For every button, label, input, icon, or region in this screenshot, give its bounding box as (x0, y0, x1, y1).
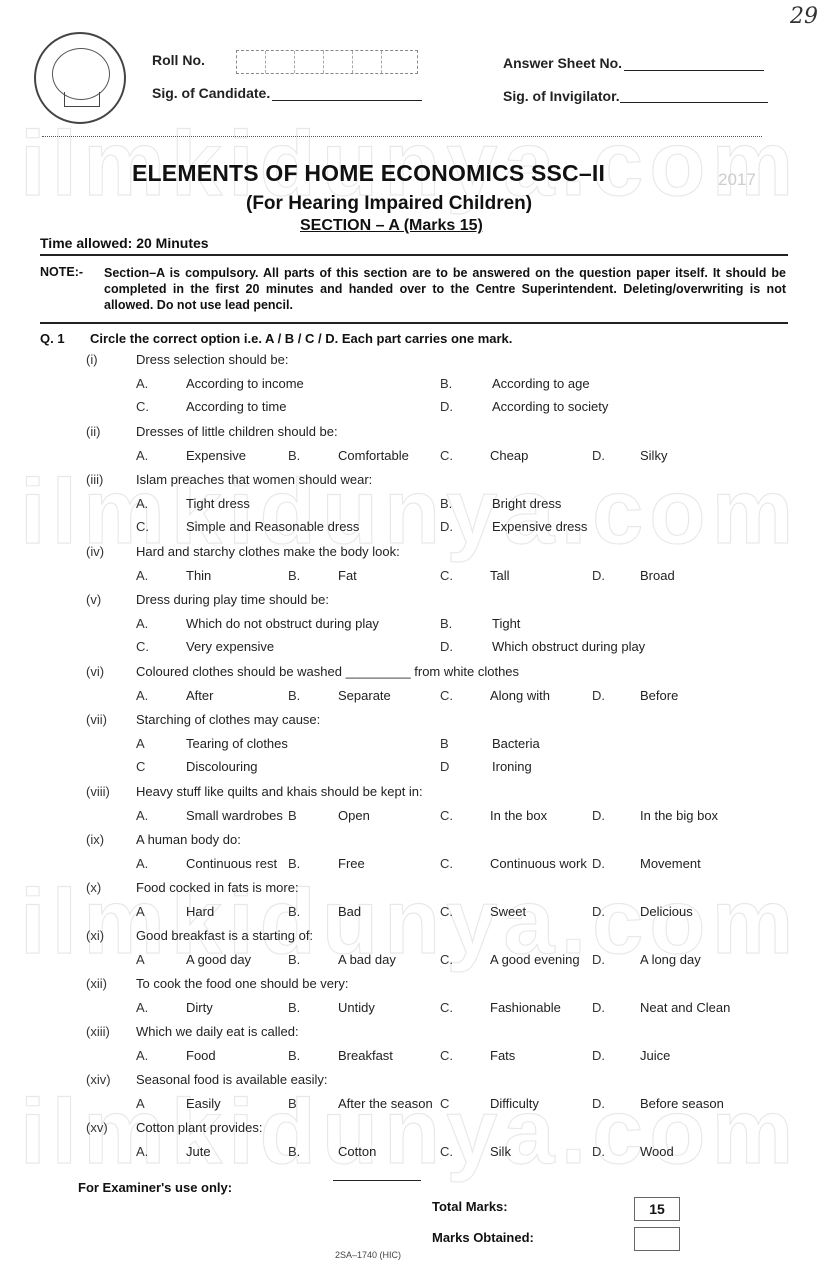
item-stem: Dresses of little children should be: (136, 424, 338, 439)
item-number: (i) (86, 352, 98, 367)
paper-title: ELEMENTS OF HOME ECONOMICS SSC–II (132, 160, 605, 187)
option-letter: C. (440, 856, 453, 871)
item-stem: Hard and starchy clothes make the body l… (136, 544, 400, 559)
option-letter: A (136, 904, 145, 919)
option-letter: D. (592, 1144, 605, 1159)
option-letter: A. (136, 1000, 148, 1015)
option-letter: B. (288, 448, 300, 463)
item-number: (vii) (86, 712, 107, 727)
option-letter: C (440, 1096, 449, 1111)
option-letter: A. (136, 688, 148, 703)
total-marks-box: 15 (634, 1197, 680, 1221)
total-marks-label: Total Marks: (432, 1199, 508, 1214)
marks-obtained-label: Marks Obtained: (432, 1230, 534, 1245)
option-text: Sweet (490, 904, 526, 919)
option-text: Fashionable (490, 1000, 561, 1015)
option-letter: A. (136, 568, 148, 583)
item-stem: Coloured clothes should be washed ______… (136, 664, 519, 679)
cut-line (42, 136, 762, 137)
option-letter: C. (440, 808, 453, 823)
question-instruction: Circle the correct option i.e. A / B / C… (90, 331, 512, 346)
option-letter: A (136, 952, 145, 967)
item-stem: Islam preaches that women should wear: (136, 472, 372, 487)
divider (40, 254, 788, 256)
option-text: Food (186, 1048, 216, 1063)
item-stem: Heavy stuff like quilts and khais should… (136, 784, 423, 799)
option-letter: D (440, 759, 449, 774)
option-text: A good day (186, 952, 251, 967)
option-text: Expensive dress (492, 519, 587, 534)
item-stem: Dress during play time should be: (136, 592, 329, 607)
option-letter: B. (288, 904, 300, 919)
option-letter: B. (288, 952, 300, 967)
option-text: Hard (186, 904, 214, 919)
option-letter: C. (440, 568, 453, 583)
option-text: According to time (186, 399, 286, 414)
option-text: Which do not obstruct during play (186, 616, 379, 631)
option-letter: B. (440, 496, 452, 511)
option-text: Tall (490, 568, 510, 583)
option-text: A good evening (490, 952, 580, 967)
option-letter: D. (592, 904, 605, 919)
option-text: Juice (640, 1048, 670, 1063)
option-text: Jute (186, 1144, 211, 1159)
option-letter: C. (136, 399, 149, 414)
option-letter: B. (288, 1000, 300, 1015)
option-letter: A (136, 1096, 145, 1111)
option-text: According to income (186, 376, 304, 391)
option-text: Fat (338, 568, 357, 583)
item-number: (xiv) (86, 1072, 111, 1087)
option-text: Delicious (640, 904, 693, 919)
option-text: After (186, 688, 213, 703)
option-letter: A. (136, 856, 148, 871)
option-text: Tight (492, 616, 520, 631)
option-letter: B (288, 1096, 297, 1111)
item-number: (ix) (86, 832, 104, 847)
option-text: Before season (640, 1096, 724, 1111)
item-number: (xi) (86, 928, 104, 943)
option-text: A long day (640, 952, 701, 967)
option-text: In the box (490, 808, 547, 823)
option-letter: C. (440, 448, 453, 463)
option-letter: C. (136, 639, 149, 654)
item-number: (xv) (86, 1120, 108, 1135)
option-text: Along with (490, 688, 550, 703)
option-text: Neat and Clean (640, 1000, 730, 1015)
paper-code: 2SA–1740 (HIC) (335, 1250, 401, 1260)
option-text: Separate (338, 688, 391, 703)
option-text: Ironing (492, 759, 532, 774)
option-text: Comfortable (338, 448, 409, 463)
item-number: (xiii) (86, 1024, 110, 1039)
option-text: Which obstruct during play (492, 639, 645, 654)
section-heading: SECTION – A (Marks 15) (300, 217, 483, 235)
question-number: Q. 1 (40, 331, 65, 346)
option-letter: B. (440, 376, 452, 391)
note-text: Section–A is compulsory. All parts of th… (104, 265, 786, 313)
divider (40, 322, 788, 324)
option-letter: A. (136, 448, 148, 463)
time-allowed: Time allowed: 20 Minutes (40, 235, 209, 251)
option-letter: A. (136, 1048, 148, 1063)
option-letter: A. (136, 496, 148, 511)
option-letter: C. (440, 1144, 453, 1159)
option-letter: B. (288, 856, 300, 871)
option-letter: B. (288, 688, 300, 703)
option-text: Cotton (338, 1144, 376, 1159)
option-text: Discolouring (186, 759, 258, 774)
option-text: A bad day (338, 952, 396, 967)
sig-invigilator-label: Sig. of Invigilator. (503, 88, 620, 104)
option-letter: B. (440, 616, 452, 631)
option-text: Breakfast (338, 1048, 393, 1063)
option-letter: D. (592, 856, 605, 871)
item-stem: Starching of clothes may cause: (136, 712, 320, 727)
option-letter: A. (136, 616, 148, 631)
paper-year: 2017 (718, 170, 756, 190)
board-seal-icon (34, 32, 126, 124)
option-text: Silky (640, 448, 667, 463)
option-letter: C. (440, 688, 453, 703)
option-text: According to society (492, 399, 608, 414)
option-letter: D. (440, 399, 453, 414)
option-text: According to age (492, 376, 590, 391)
option-letter: A. (136, 376, 148, 391)
option-text: Very expensive (186, 639, 274, 654)
option-text: Before (640, 688, 678, 703)
option-text: Fats (490, 1048, 515, 1063)
option-text: Wood (640, 1144, 674, 1159)
option-letter: B. (288, 1144, 300, 1159)
option-text: Difficulty (490, 1096, 539, 1111)
option-letter: D. (592, 1048, 605, 1063)
option-letter: D. (592, 688, 605, 703)
option-text: Tearing of clothes (186, 736, 288, 751)
item-stem: Seasonal food is available easily: (136, 1072, 328, 1087)
roll-no-field[interactable] (236, 50, 418, 74)
answer-sheet-field[interactable] (624, 70, 764, 71)
option-letter: D. (592, 808, 605, 823)
option-letter: B (440, 736, 449, 751)
option-text: Small wardrobes (186, 808, 283, 823)
option-letter: A. (136, 1144, 148, 1159)
option-text: Tight dress (186, 496, 250, 511)
option-text: In the big box (640, 808, 718, 823)
item-number: (iv) (86, 544, 104, 559)
option-text: Bad (338, 904, 361, 919)
option-text: Silk (490, 1144, 511, 1159)
option-letter: C. (136, 519, 149, 534)
option-letter: C. (440, 1048, 453, 1063)
option-letter: D. (440, 519, 453, 534)
option-text: Broad (640, 568, 675, 583)
divider (333, 1180, 421, 1181)
option-letter: D. (592, 1096, 605, 1111)
page-number-mark: 29 (790, 4, 818, 29)
option-text: After the season (338, 1096, 433, 1111)
option-letter: C. (440, 1000, 453, 1015)
option-text: Cheap (490, 448, 528, 463)
paper-subtitle: (For Hearing Impaired Children) (246, 193, 532, 215)
item-number: (iii) (86, 472, 103, 487)
sig-candidate-field[interactable] (272, 100, 422, 101)
option-text: Continuous work (490, 856, 587, 871)
answer-sheet-label: Answer Sheet No. (503, 55, 622, 71)
item-stem: Good breakfast is a starting of: (136, 928, 313, 943)
item-number: (xii) (86, 976, 107, 991)
item-number: (viii) (86, 784, 110, 799)
item-number: (v) (86, 592, 101, 607)
option-text: Continuous rest (186, 856, 277, 871)
option-letter: A. (136, 808, 148, 823)
option-text: Free (338, 856, 365, 871)
option-text: Dirty (186, 1000, 213, 1015)
option-letter: C. (440, 904, 453, 919)
item-stem: Dress selection should be: (136, 352, 288, 367)
item-stem: Which we daily eat is called: (136, 1024, 299, 1039)
item-stem: Food cocked in fats is more: (136, 880, 299, 895)
sig-invigilator-field[interactable] (620, 102, 768, 103)
item-stem: To cook the food one should be very: (136, 976, 348, 991)
option-text: Movement (640, 856, 701, 871)
option-letter: B. (288, 1048, 300, 1063)
option-letter: B. (288, 568, 300, 583)
roll-no-label: Roll No. (152, 52, 205, 68)
note-label: NOTE:- (40, 265, 83, 279)
option-letter: B (288, 808, 297, 823)
option-text: Bacteria (492, 736, 540, 751)
option-letter: D. (592, 1000, 605, 1015)
option-text: Untidy (338, 1000, 375, 1015)
option-text: Expensive (186, 448, 246, 463)
option-letter: D. (440, 639, 453, 654)
option-text: Easily (186, 1096, 221, 1111)
item-number: (ii) (86, 424, 100, 439)
item-number: (x) (86, 880, 101, 895)
option-text: Open (338, 808, 370, 823)
item-stem: A human body do: (136, 832, 241, 847)
sig-candidate-label: Sig. of Candidate. (152, 85, 270, 101)
option-text: Bright dress (492, 496, 561, 511)
option-letter: A (136, 736, 145, 751)
item-number: (vi) (86, 664, 104, 679)
option-letter: D. (592, 568, 605, 583)
option-letter: C (136, 759, 145, 774)
option-text: Simple and Reasonable dress (186, 519, 359, 534)
option-letter: C. (440, 952, 453, 967)
option-text: Thin (186, 568, 211, 583)
option-letter: D. (592, 448, 605, 463)
examiner-label: For Examiner's use only: (78, 1180, 232, 1195)
item-stem: Cotton plant provides: (136, 1120, 262, 1135)
marks-obtained-box[interactable] (634, 1227, 680, 1251)
option-letter: D. (592, 952, 605, 967)
